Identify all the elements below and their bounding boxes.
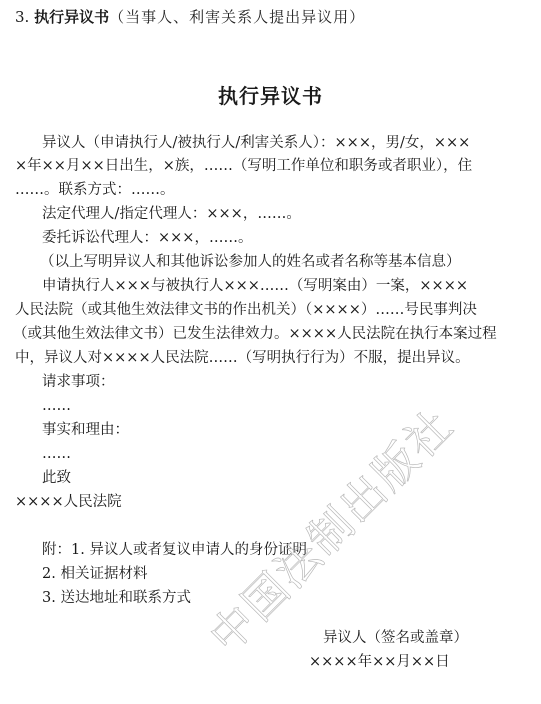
document-line: 附：1. 异议人或者复议申请人的身份证明 xyxy=(42,541,307,559)
document-line: ×年××月××日出生，×族，……（写明工作单位和职务或者职业），住 xyxy=(15,157,472,175)
signature-line: 异议人（签名或盖章） xyxy=(323,629,468,647)
date-line: ××××年××月××日 xyxy=(309,653,450,671)
document-line: 法定代理人/指定代理人：×××，……。 xyxy=(42,205,301,223)
publisher-watermark: 中国法制出版社 xyxy=(192,392,465,665)
document-line: 请求事项： xyxy=(42,373,115,391)
document-line: 人民法院（或其他生效法律文书的作出机关）（××××）……号民事判决 xyxy=(15,301,477,319)
document-line: …… xyxy=(42,445,71,463)
document-line: （以上写明异议人和其他诉讼参加人的姓名或者名称等基本信息） xyxy=(40,253,461,271)
document-line: （或其他生效法律文书）已发生法律效力。××××人民法院在执行本案过程 xyxy=(13,325,497,343)
section-subtitle: （当事人、利害关系人提出异议用） xyxy=(109,8,365,26)
document-line: 委托诉讼代理人：×××，……。 xyxy=(42,229,252,247)
document-line: ……。联系方式：……。 xyxy=(15,181,175,199)
section-heading: 3. 执行异议书（当事人、利害关系人提出异议用） xyxy=(15,8,365,26)
document-line: 申请执行人×××与被执行人×××……（写明案由）一案，×××× xyxy=(42,277,468,295)
document-line: 2. 相关证据材料 xyxy=(42,565,147,583)
document-line: 此致 xyxy=(42,469,71,487)
document-line: 事实和理由： xyxy=(42,421,129,439)
section-number: 3. xyxy=(15,8,29,26)
document-line: 异议人（申请执行人/被执行人/利害关系人）：×××，男/女，××× xyxy=(42,134,470,152)
document-line: 3. 送达地址和联系方式 xyxy=(42,589,191,607)
document-title: 执行异议书 xyxy=(0,80,541,109)
document-line: 中，异议人对××××人民法院……（写明执行行为）不服，提出异议。 xyxy=(15,349,470,367)
document-line: ××××人民法院 xyxy=(15,493,122,511)
section-title: 执行异议书 xyxy=(34,8,109,26)
document-line: …… xyxy=(42,397,71,415)
